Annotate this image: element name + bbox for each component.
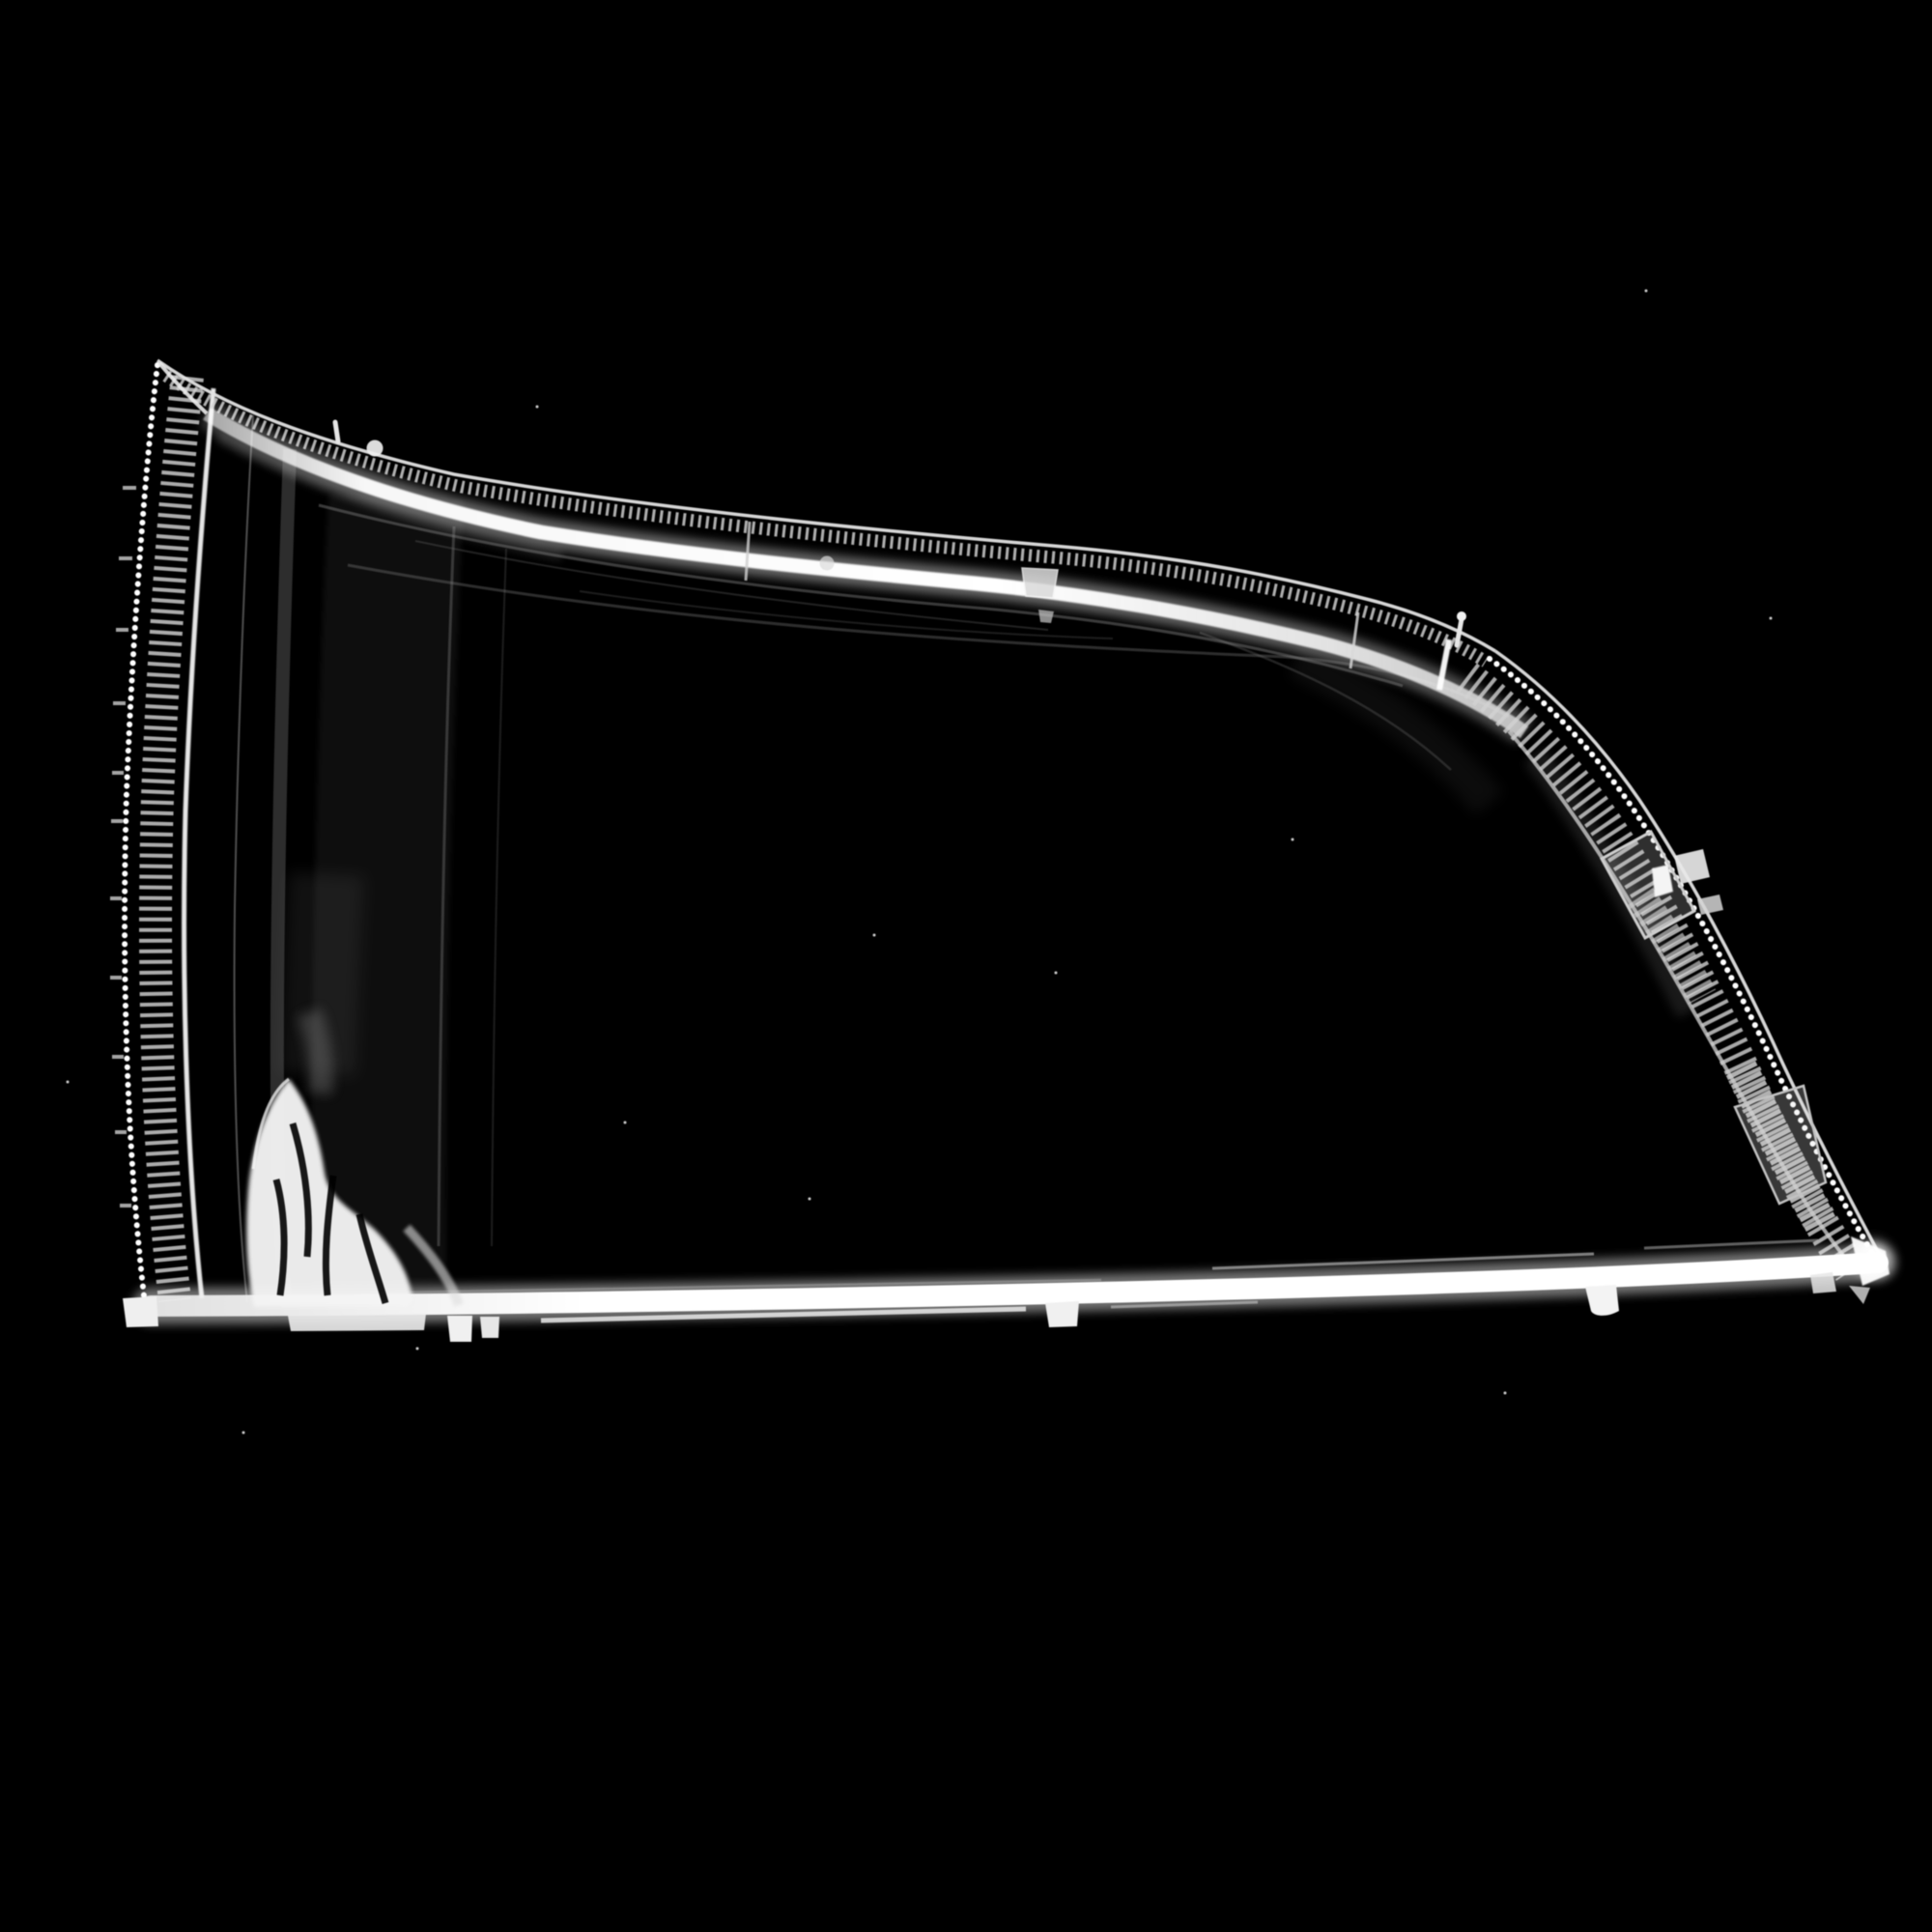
- bottom-mounting-tab-3: [1045, 1301, 1079, 1327]
- reflection-wisp-top: [309, 1012, 321, 1094]
- bottom-mounting-tab-2: [480, 1317, 499, 1338]
- bottom-mounting-tab-1: [447, 1316, 472, 1342]
- bottom-left-foot: [123, 1296, 158, 1327]
- alignment-pin-left: [335, 422, 338, 441]
- mounting-tab-trapezoid: [1022, 568, 1058, 598]
- inner-wall-wide-band: [379, 497, 396, 1285]
- bottom-right-notch: [1810, 1272, 1836, 1293]
- bottom-step-shelf: [288, 1314, 426, 1331]
- product-photo-headlight-lens-cover: [0, 0, 1932, 1932]
